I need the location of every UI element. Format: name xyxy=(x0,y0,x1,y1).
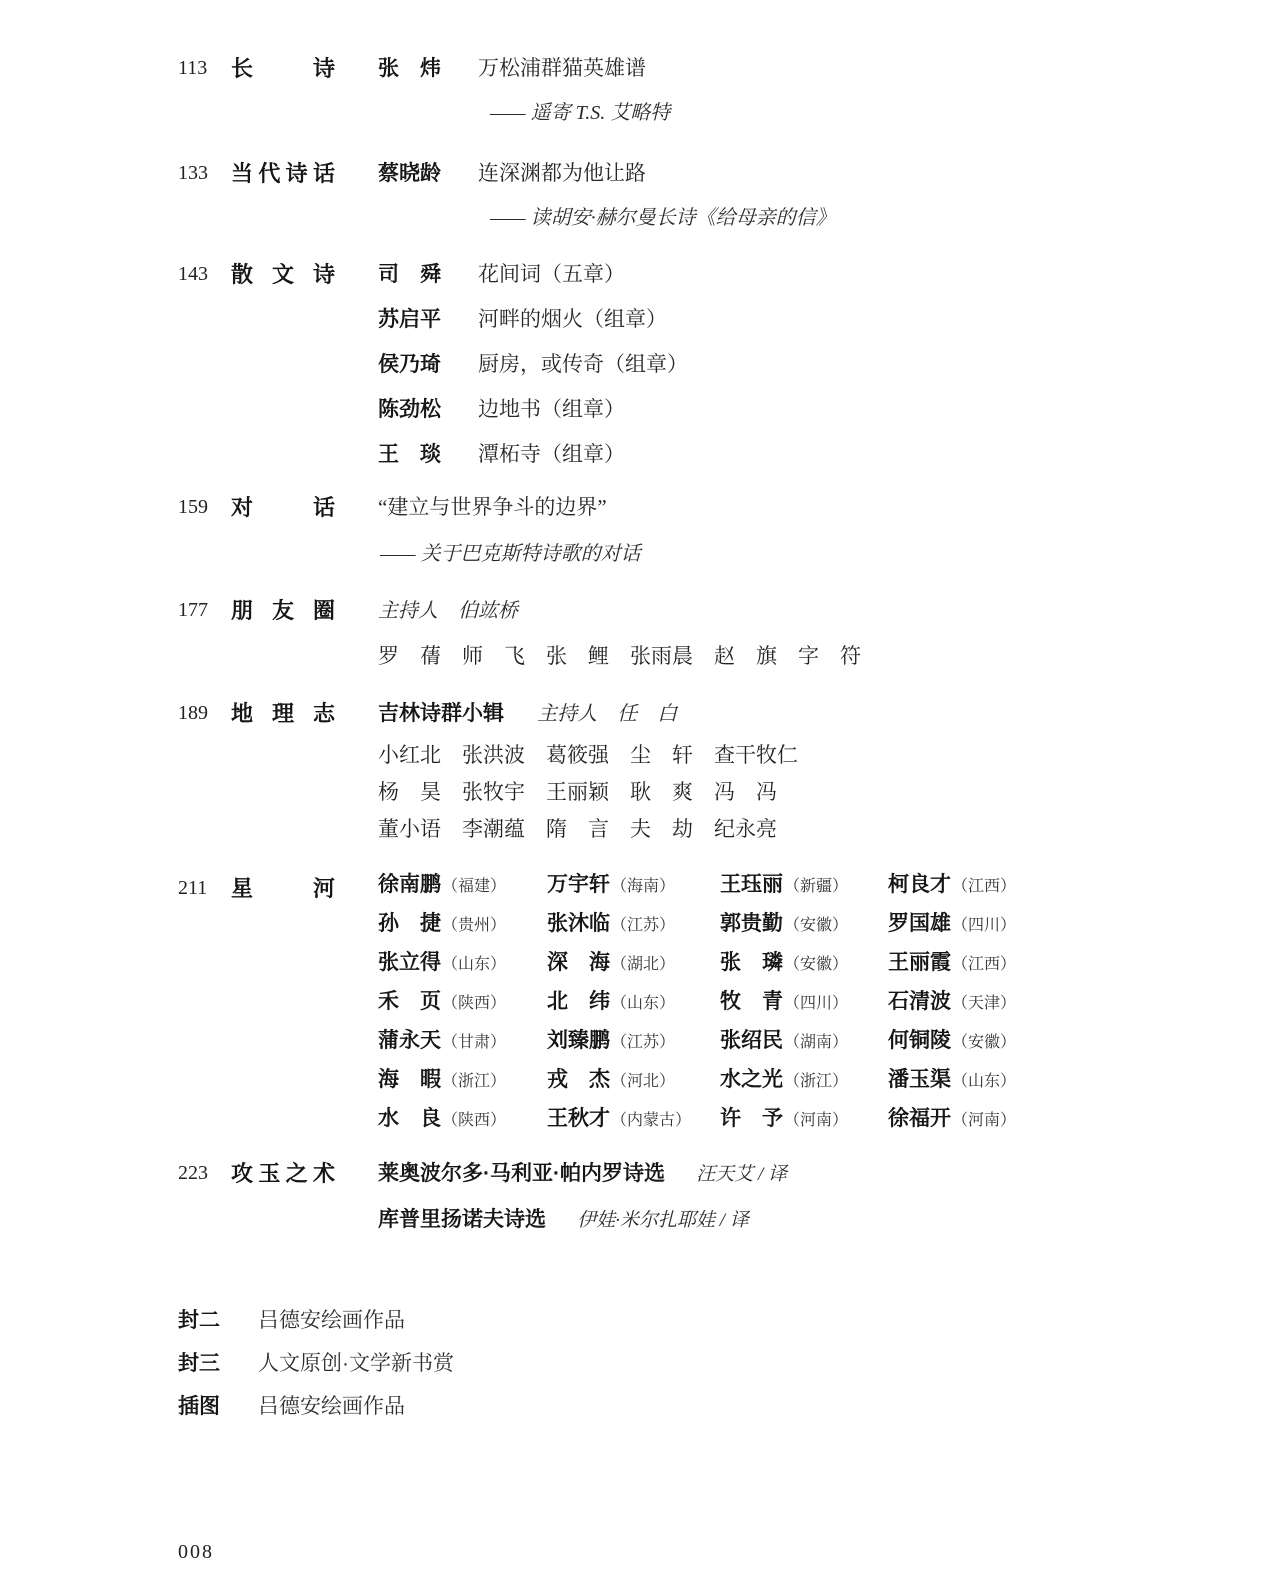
back-matter-text: 人文原创·文学新书赏 xyxy=(258,1342,454,1385)
toc-entry: 库普里扬诺夫诗选 伊娃·米尔扎耶娃 / 译 xyxy=(378,1197,1240,1243)
poet-entry: 深 海（湖北） xyxy=(547,944,720,983)
poet-province: （陕西） xyxy=(442,995,506,1012)
poet-entry: 张绍民（湖南） xyxy=(720,1022,888,1061)
section-label: 地理志 xyxy=(231,691,335,736)
poet-name: 张立得 xyxy=(378,951,441,974)
poet-province: （山东） xyxy=(611,995,675,1012)
entry-subtitle: —— 关于巴克斯特诗歌的对话 xyxy=(380,543,641,565)
back-matter: 封二 吕德安绘画作品 封三 人文原创·文学新书赏 插图 吕德安绘画作品 xyxy=(178,1299,1240,1428)
back-matter-label: 封二 xyxy=(178,1299,258,1342)
entry-subtitle: —— 读胡安·赫尔曼长诗《给母亲的信》 xyxy=(490,207,836,229)
toc-entry: 陈劲松 边地书（组章） xyxy=(378,387,1240,432)
poet-province: （湖北） xyxy=(611,956,675,973)
poet-province: （江西） xyxy=(952,956,1016,973)
toc-entry: 莱奥波尔多·马利亚·帕内罗诗选 汪天艾 / 译 xyxy=(378,1151,1240,1197)
poet-province: （山东） xyxy=(442,956,506,973)
poet-name: 水 良 xyxy=(378,1107,441,1130)
section-label: 散文诗 xyxy=(231,252,335,297)
host-name: 主持人 任 白 xyxy=(537,703,677,725)
entry-title: 边地书（组章） xyxy=(478,387,625,432)
poet-entry: 徐南鹏（福建） xyxy=(378,866,547,905)
poet-province: （山东） xyxy=(952,1073,1016,1090)
poet-entry: 王珏丽（新疆） xyxy=(720,866,888,905)
host-line: 主持人 伯竑桥 xyxy=(378,588,1240,634)
contributor-names: 罗 蒨 师 飞 张 鲤 张雨晨 赵 旗 字 符 xyxy=(378,645,861,668)
poet-province: （安徽） xyxy=(952,1034,1016,1051)
entry-title: 花间词（五章） xyxy=(478,252,625,297)
poet-entry: 许 予（河南） xyxy=(720,1100,888,1139)
toc-entry-subtitle-line: —— 读胡安·赫尔曼长诗《给母亲的信》 xyxy=(378,196,1240,242)
entry-title: 万松浦群猫英雄谱 xyxy=(478,46,646,91)
poet-province: （贵州） xyxy=(442,917,506,934)
toc-section-xinghe: 211 星河 徐南鹏（福建） 万宇轩（海南） 王珏丽（新疆） 柯良才（江西） 孙… xyxy=(178,866,1240,1139)
toc-section-dangdaishihua: 133 当代诗话 蔡晓龄 连深渊都为他让路 —— 读胡安·赫尔曼长诗《给母亲的信… xyxy=(178,151,1240,242)
toc-entry: 侯乃琦 厨房，或传奇（组章） xyxy=(378,342,1240,387)
contributor-names-row: 董小语 李潮蕴 隋 言 夫 劫 纪永亮 xyxy=(378,811,1240,848)
poet-province: （湖南） xyxy=(784,1034,848,1051)
poet-province: （浙江） xyxy=(784,1073,848,1090)
entry-author: 苏启平 xyxy=(378,297,478,342)
back-matter-text: 吕德安绘画作品 xyxy=(258,1299,405,1342)
poet-name: 徐南鹏 xyxy=(378,873,441,896)
poet-entry: 王秋才（内蒙古） xyxy=(547,1100,720,1139)
poet-name: 孙 捷 xyxy=(378,912,441,935)
poet-name: 海 暇 xyxy=(378,1068,441,1091)
work-translator: 伊娃·米尔扎耶娃 / 译 xyxy=(577,1210,749,1231)
page-number: 211 xyxy=(178,866,231,911)
section-label: 对话 xyxy=(231,485,335,530)
poet-province: （天津） xyxy=(952,995,1016,1012)
poet-entry: 王丽霞（江西） xyxy=(888,944,1240,983)
entry-author: 侯乃琦 xyxy=(378,342,478,387)
toc-entry-subtitle-line: —— 关于巴克斯特诗歌的对话 xyxy=(378,532,1240,578)
poet-name: 北 纬 xyxy=(547,990,610,1013)
page-number: 113 xyxy=(178,46,231,91)
poet-province: （福建） xyxy=(442,878,506,895)
back-matter-row: 封二 吕德安绘画作品 xyxy=(178,1299,1240,1342)
section-label: 朋友圈 xyxy=(231,588,335,633)
toc-section-gongyuzhishu: 223 攻玉之术 莱奥波尔多·马利亚·帕内罗诗选 汪天艾 / 译 库普里扬诺夫诗… xyxy=(178,1151,1240,1243)
poet-entry: 张立得（山东） xyxy=(378,944,547,983)
entry-title: 河畔的烟火（组章） xyxy=(478,297,667,342)
back-matter-row: 封三 人文原创·文学新书赏 xyxy=(178,1342,1240,1385)
entry-author: 司 舜 xyxy=(378,252,478,297)
poet-name: 郭贵勤 xyxy=(720,912,783,935)
poet-name: 许 予 xyxy=(720,1107,783,1130)
footer-page-number: 008 xyxy=(178,1541,214,1564)
poet-name: 张 璘 xyxy=(720,951,783,974)
work-title: 莱奥波尔多·马利亚·帕内罗诗选 xyxy=(378,1162,665,1185)
poet-province: （江苏） xyxy=(611,1034,675,1051)
page-number: 159 xyxy=(178,485,231,530)
poet-name: 牧 青 xyxy=(720,990,783,1013)
poet-entry: 何铜陵（安徽） xyxy=(888,1022,1240,1061)
poet-province: （海南） xyxy=(611,878,675,895)
page-number: 189 xyxy=(178,691,231,736)
work-title: 库普里扬诺夫诗选 xyxy=(378,1208,546,1231)
poet-grid: 徐南鹏（福建） 万宇轩（海南） 王珏丽（新疆） 柯良才（江西） 孙 捷（贵州） … xyxy=(378,866,1240,1139)
poet-province: （甘肃） xyxy=(442,1034,506,1051)
poet-entry: 徐福开（河南） xyxy=(888,1100,1240,1139)
poet-name: 王秋才 xyxy=(547,1107,610,1130)
page-number: 177 xyxy=(178,588,231,633)
toc-entry: “建立与世界争斗的边界” xyxy=(378,485,1240,532)
poet-entry: 万宇轩（海南） xyxy=(547,866,720,905)
poet-name: 张绍民 xyxy=(720,1029,783,1052)
toc-entry: 蔡晓龄 连深渊都为他让路 xyxy=(378,151,1240,196)
poet-entry: 牧 青（四川） xyxy=(720,983,888,1022)
toc-page: 113 长诗 张 炜 万松浦群猫英雄谱 —— 遥寄 T.S. 艾略特 133 当… xyxy=(0,0,1280,1428)
poet-entry: 刘臻鹏（江苏） xyxy=(547,1022,720,1061)
poet-province: （四川） xyxy=(784,995,848,1012)
contributor-names-row: 杨 昊 张牧宇 王丽颖 耿 爽 冯 冯 xyxy=(378,774,1240,811)
toc-section-duihua: 159 对话 “建立与世界争斗的边界” —— 关于巴克斯特诗歌的对话 xyxy=(178,485,1240,578)
page-number: 223 xyxy=(178,1151,231,1196)
toc-section-sanwenshi: 143 散文诗 司 舜 花间词（五章） 苏启平 河畔的烟火（组章） 侯乃琦 厨房… xyxy=(178,252,1240,477)
poet-entry: 郭贵勤（安徽） xyxy=(720,905,888,944)
back-matter-text: 吕德安绘画作品 xyxy=(258,1385,405,1428)
host-name: 主持人 伯竑桥 xyxy=(378,600,518,622)
poet-province: （安徽） xyxy=(784,917,848,934)
poet-name: 蒲永天 xyxy=(378,1029,441,1052)
entry-subtitle: —— 遥寄 T.S. 艾略特 xyxy=(490,102,670,124)
poet-province: （江西） xyxy=(952,878,1016,895)
poet-province: （浙江） xyxy=(442,1073,506,1090)
back-matter-row: 插图 吕德安绘画作品 xyxy=(178,1385,1240,1428)
entry-title: 连深渊都为他让路 xyxy=(478,151,646,196)
poet-entry: 海 暇（浙江） xyxy=(378,1061,547,1100)
poet-name: 王珏丽 xyxy=(720,873,783,896)
poet-entry: 张 璘（安徽） xyxy=(720,944,888,983)
entry-author: 陈劲松 xyxy=(378,387,478,432)
poet-name: 张沐临 xyxy=(547,912,610,935)
work-translator: 汪天艾 / 译 xyxy=(696,1164,787,1185)
toc-section-dilizhi: 189 地理志 吉林诗群小辑 主持人 任 白 小红北 张洪波 葛筱强 尘 轩 查… xyxy=(178,691,1240,848)
section-label: 星河 xyxy=(231,866,335,911)
toc-entry: 张 炜 万松浦群猫英雄谱 xyxy=(378,46,1240,91)
section-label: 长诗 xyxy=(231,46,335,91)
entry-title: 厨房，或传奇（组章） xyxy=(478,342,688,387)
poet-province: （江苏） xyxy=(611,917,675,934)
toc-section-pengyouquan: 177 朋友圈 主持人 伯竑桥 罗 蒨 师 飞 张 鲤 张雨晨 赵 旗 字 符 xyxy=(178,588,1240,679)
entry-author: 蔡晓龄 xyxy=(378,151,478,196)
poet-province: （陕西） xyxy=(442,1112,506,1129)
entry-author: 张 炜 xyxy=(378,46,478,91)
poet-entry: 北 纬（山东） xyxy=(547,983,720,1022)
poet-entry: 张沐临（江苏） xyxy=(547,905,720,944)
poet-entry: 禾 页（陕西） xyxy=(378,983,547,1022)
toc-entry: 苏启平 河畔的烟火（组章） xyxy=(378,297,1240,342)
poet-name: 何铜陵 xyxy=(888,1029,951,1052)
poet-entry: 戎 杰（河北） xyxy=(547,1061,720,1100)
poet-province: （河南） xyxy=(784,1112,848,1129)
poet-name: 潘玉渠 xyxy=(888,1068,951,1091)
poet-name: 水之光 xyxy=(720,1068,783,1091)
poet-province: （内蒙古） xyxy=(611,1112,691,1129)
poet-entry: 孙 捷（贵州） xyxy=(378,905,547,944)
poet-name: 禾 页 xyxy=(378,990,441,1013)
back-matter-label: 插图 xyxy=(178,1385,258,1428)
poet-entry: 柯良才（江西） xyxy=(888,866,1240,905)
entry-author: 王 琰 xyxy=(378,432,478,477)
poet-name: 柯良才 xyxy=(888,873,951,896)
back-matter-label: 封三 xyxy=(178,1342,258,1385)
contributor-names: 董小语 李潮蕴 隋 言 夫 劫 纪永亮 xyxy=(378,818,777,841)
toc-section-changshi: 113 长诗 张 炜 万松浦群猫英雄谱 —— 遥寄 T.S. 艾略特 xyxy=(178,46,1240,137)
poet-entry: 水之光（浙江） xyxy=(720,1061,888,1100)
poet-province: （四川） xyxy=(952,917,1016,934)
toc-entry: 王 琰 潭柘寺（组章） xyxy=(378,432,1240,477)
poet-name: 刘臻鹏 xyxy=(547,1029,610,1052)
feature-title: 吉林诗群小辑 xyxy=(378,702,504,725)
contributor-names-line: 罗 蒨 师 飞 张 鲤 张雨晨 赵 旗 字 符 xyxy=(378,634,1240,679)
toc-entry-subtitle-line: —— 遥寄 T.S. 艾略特 xyxy=(378,91,1240,137)
poet-province: （河北） xyxy=(611,1073,675,1090)
poet-name: 万宇轩 xyxy=(547,873,610,896)
page-number: 143 xyxy=(178,252,231,297)
entry-title: “建立与世界争斗的边界” xyxy=(378,495,607,519)
poet-province: （河南） xyxy=(952,1112,1016,1129)
poet-entry: 罗国雄（四川） xyxy=(888,905,1240,944)
section-label: 当代诗话 xyxy=(231,151,335,196)
poet-name: 戎 杰 xyxy=(547,1068,610,1091)
page-number: 133 xyxy=(178,151,231,196)
poet-province: （安徽） xyxy=(784,956,848,973)
poet-name: 石清波 xyxy=(888,990,951,1013)
contributor-names: 小红北 张洪波 葛筱强 尘 轩 查干牧仁 xyxy=(378,744,798,767)
feature-header-line: 吉林诗群小辑 主持人 任 白 xyxy=(378,691,1240,737)
poet-entry: 水 良（陕西） xyxy=(378,1100,547,1139)
poet-name: 罗国雄 xyxy=(888,912,951,935)
entry-title: 潭柘寺（组章） xyxy=(478,432,625,477)
poet-entry: 蒲永天（甘肃） xyxy=(378,1022,547,1061)
toc-entry: 司 舜 花间词（五章） xyxy=(378,252,1240,297)
section-label: 攻玉之术 xyxy=(231,1151,335,1196)
poet-entry: 石清波（天津） xyxy=(888,983,1240,1022)
poet-name: 王丽霞 xyxy=(888,951,951,974)
contributor-names-row: 小红北 张洪波 葛筱强 尘 轩 查干牧仁 xyxy=(378,737,1240,774)
contributor-names: 杨 昊 张牧宇 王丽颖 耿 爽 冯 冯 xyxy=(378,781,777,804)
poet-entry: 潘玉渠（山东） xyxy=(888,1061,1240,1100)
poet-province: （新疆） xyxy=(784,878,848,895)
poet-name: 深 海 xyxy=(547,951,610,974)
poet-name: 徐福开 xyxy=(888,1107,951,1130)
